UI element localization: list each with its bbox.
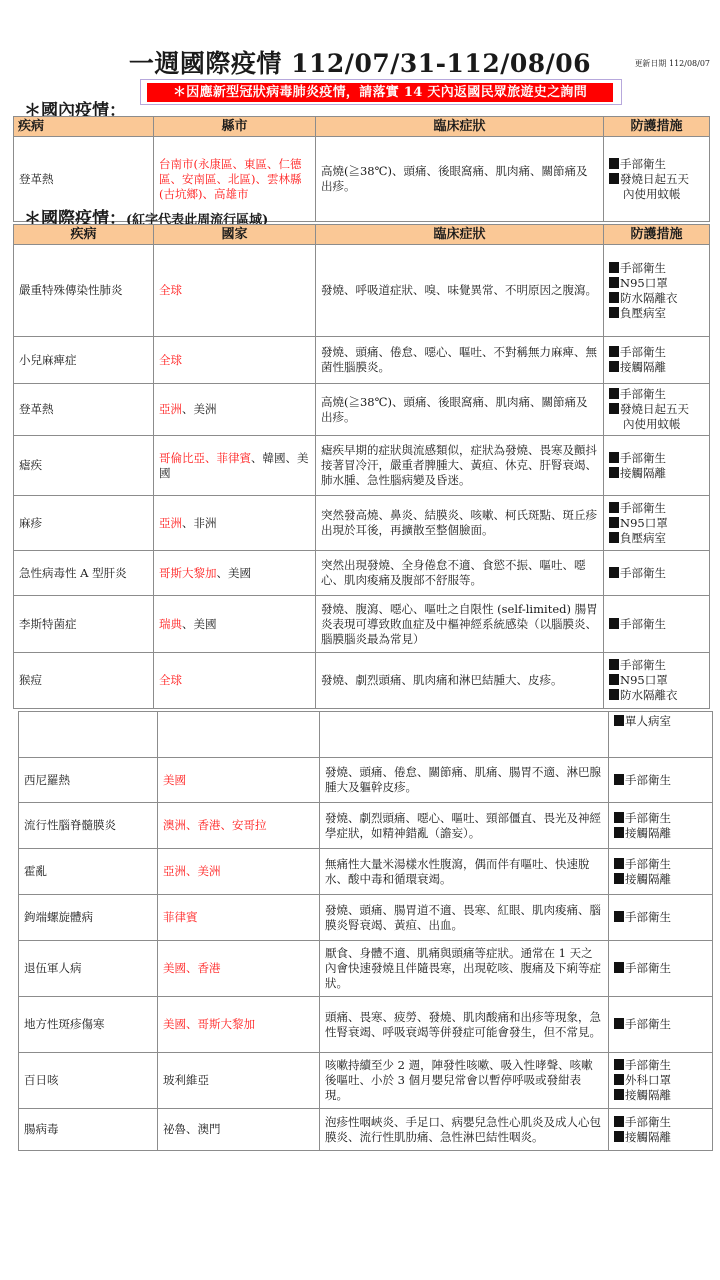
measure-label: 發燒日起五天 <box>620 172 689 186</box>
bullet-square-icon <box>614 774 624 785</box>
measure-label: 手部衛生 <box>625 961 671 975</box>
symptoms-cell: 發燒、劇烈頭痛、肌肉痛和淋巴結腫大、皮疹。 <box>316 653 604 709</box>
disease-cell: 地方性斑疹傷寒 <box>19 997 158 1053</box>
table-row: 霍亂亞洲、美洲無痛性大量米湯樣水性腹瀉，偶而伴有嘔吐、快速脫水、酸中毒和循環衰竭… <box>19 849 713 895</box>
symptoms-cell: 高燒(≧38℃)、頭痛、後眼窩痛、肌肉痛、關節痛及出疹。 <box>316 137 604 222</box>
measure-label: 外科口罩 <box>625 1073 671 1087</box>
measure-label: 接觸隔離 <box>625 1088 671 1102</box>
region-highlighted: 美國、哥斯大黎加 <box>163 1017 255 1031</box>
bullet-square-icon <box>609 307 619 318</box>
header-region: 縣市 <box>154 117 316 137</box>
symptoms-cell: 咳嗽持續至少 2 週，陣發性咳嗽、吸入性哮聲、咳嗽後嘔吐、小於 3 個月嬰兒常會… <box>320 1053 609 1109</box>
update-date: 更新日期 112/08/07 <box>634 58 710 69</box>
header-measures: 防護措施 <box>604 117 710 137</box>
table-row: 鉤端螺旋體病菲律賓發燒、頭痛、腸胃道不適、畏寒、紅眼、肌肉痠痛、腦膜炎腎衰竭、黃… <box>19 895 713 941</box>
measure-label: 防水隔離衣 <box>620 688 678 702</box>
measure-label: 手部衛生 <box>620 501 666 515</box>
measure-item: 內使用蚊帳 <box>609 187 704 202</box>
disease-cell: 霍亂 <box>19 849 158 895</box>
region-highlighted: 哥斯大黎加 <box>159 566 217 580</box>
measure-item: 手部衛生 <box>614 773 707 788</box>
measure-label: 手部衛生 <box>625 1115 671 1129</box>
table-header-row: 疾病 國家 臨床症狀 防護措施 <box>14 225 710 245</box>
bullet-square-icon <box>609 361 619 372</box>
bullet-square-icon <box>609 674 619 685</box>
disease-cell: 流行性腦脊髓膜炎 <box>19 803 158 849</box>
symptoms-cell: 厭食、身體不適、肌痛與頭痛等症狀。通常在 1 天之內會快速發燒且伴隨畏寒，出現乾… <box>320 941 609 997</box>
table-row: 李斯特菌症瑞典、美國發燒、腹瀉、噁心、嘔吐之自限性 (self-limited)… <box>14 596 710 653</box>
region-cell: 美國、哥斯大黎加 <box>158 997 320 1053</box>
table-row: 流行性腦脊髓膜炎澳洲、香港、安哥拉發燒、劇烈頭痛、噁心、嘔吐、頸部僵直、畏光及神… <box>19 803 713 849</box>
bullet-square-icon <box>609 532 619 543</box>
measure-item: 發燒日起五天 <box>609 172 704 187</box>
measure-item: 手部衛生 <box>614 857 707 872</box>
symptoms-cell: 無痛性大量米湯樣水性腹瀉，偶而伴有嘔吐、快速脫水、酸中毒和循環衰竭。 <box>320 849 609 895</box>
measure-item: N95口罩 <box>609 673 704 688</box>
symptoms-cell: 發燒、腹瀉、噁心、嘔吐之自限性 (self-limited) 腸胃炎表現可導致敗… <box>316 596 604 653</box>
measures-cell: 單人病室 <box>609 712 713 758</box>
table-row: 瘧疾哥倫比亞、菲律賓、韓國、美國瘧疾早期的症狀與流感類似，症狀為發燒、畏寒及顫抖… <box>14 436 710 496</box>
bullet-square-icon <box>609 567 619 578</box>
bullet-square-icon <box>614 1131 624 1142</box>
table-row: 西尼羅熱美國發燒、頭痛、倦怠、關節痛、肌痛、腸胃不適、淋巴腺腫大及軀幹皮疹。手部… <box>19 758 713 803</box>
measure-item: 手部衛生 <box>614 1058 707 1073</box>
measure-label: 手部衛生 <box>620 658 666 672</box>
bullet-square-icon <box>614 858 624 869</box>
bullet-square-icon <box>614 911 624 922</box>
bullet-square-icon <box>609 403 619 414</box>
measure-item: 單人病室 <box>614 714 707 729</box>
measure-label: 接觸隔離 <box>620 466 666 480</box>
disease-cell: 猴痘 <box>14 653 154 709</box>
measure-label: 手部衛生 <box>620 617 666 631</box>
measure-item: 手部衛生 <box>609 157 704 172</box>
bullet-square-icon <box>609 158 619 169</box>
measure-item: 負壓病室 <box>609 531 704 546</box>
measure-label: 手部衛生 <box>625 910 671 924</box>
measures-cell: 手部衛生發燒日起五天內使用蚊帳 <box>604 384 710 436</box>
measure-label: 手部衛生 <box>625 857 671 871</box>
measure-label: 負壓病室 <box>620 531 666 545</box>
table-row: 百日咳玻利維亞咳嗽持續至少 2 週，陣發性咳嗽、吸入性哮聲、咳嗽後嘔吐、小於 3… <box>19 1053 713 1109</box>
measure-label: 手部衛生 <box>620 157 666 171</box>
table-row: 麻疹亞洲、非洲突然發高燒、鼻炎、結膜炎、咳嗽、柯氏斑點、斑丘疹出現於耳後，再擴散… <box>14 496 710 551</box>
disease-cell: 急性病毒性 A 型肝炎 <box>14 551 154 596</box>
region-cell: 澳洲、香港、安哥拉 <box>158 803 320 849</box>
measure-label: 接觸隔離 <box>625 872 671 886</box>
measure-label: 接觸隔離 <box>625 1130 671 1144</box>
measures-cell: 手部衛生N95口罩防水隔離衣 <box>604 653 710 709</box>
region-cell: 瑞典、美國 <box>154 596 316 653</box>
measures-cell: 手部衛生N95口罩防水隔離衣負壓病室 <box>604 245 710 337</box>
bullet-square-icon <box>609 292 619 303</box>
measure-label: 手部衛生 <box>620 387 666 401</box>
measure-label: 手部衛生 <box>625 1017 671 1031</box>
measure-item: 手部衛生 <box>609 501 704 516</box>
measure-item: 外科口罩 <box>614 1073 707 1088</box>
header-country: 國家 <box>154 225 316 245</box>
bullet-square-icon <box>614 1059 624 1070</box>
measure-item: 接觸隔離 <box>614 1088 707 1103</box>
measures-cell: 手部衛生 <box>609 997 713 1053</box>
measures-cell: 手部衛生 <box>604 551 710 596</box>
measure-item: 防水隔離衣 <box>609 688 704 703</box>
bullet-square-icon <box>614 1089 624 1100</box>
measure-label: 手部衛生 <box>625 811 671 825</box>
disease-cell: 麻疹 <box>14 496 154 551</box>
header-disease: 疾病 <box>14 225 154 245</box>
bullet-square-icon <box>609 618 619 629</box>
measure-item: 手部衛生 <box>614 910 707 925</box>
measure-item: N95口罩 <box>609 276 704 291</box>
disease-cell <box>19 712 158 758</box>
table-row: 地方性斑疹傷寒美國、哥斯大黎加頭痛、畏寒、疲勞、發燒、肌肉酸痛和出疹等現象，急性… <box>19 997 713 1053</box>
bullet-square-icon <box>614 962 624 973</box>
symptoms-cell: 發燒、呼吸道症狀、嗅、味覺異常、不明原因之腹瀉。 <box>316 245 604 337</box>
region-highlighted: 澳洲、香港、安哥拉 <box>163 818 267 832</box>
measure-item: 接觸隔離 <box>609 466 704 481</box>
measure-item: 接觸隔離 <box>614 1130 707 1145</box>
bullet-square-icon <box>614 873 624 884</box>
measure-label: 發燒日起五天 <box>620 402 689 416</box>
measure-item: 手部衛生 <box>609 658 704 673</box>
measure-label: 負壓病室 <box>620 306 666 320</box>
measure-item: 接觸隔離 <box>614 826 707 841</box>
region-highlighted: 亞洲 <box>159 516 182 530</box>
disease-cell: 李斯特菌症 <box>14 596 154 653</box>
region-cell: 亞洲、非洲 <box>154 496 316 551</box>
measure-item: 手部衛生 <box>609 261 704 276</box>
symptoms-cell <box>320 712 609 758</box>
disease-cell: 退伍軍人病 <box>19 941 158 997</box>
measures-cell: 手部衛生 <box>609 895 713 941</box>
table-header-row: 疾病 縣市 臨床症狀 防護措施 <box>14 117 710 137</box>
measure-item: 手部衛生 <box>609 566 704 581</box>
bullet-square-icon <box>614 715 624 726</box>
measure-item: 防水隔離衣 <box>609 291 704 306</box>
measure-label: 接觸隔離 <box>620 360 666 374</box>
measure-item: 手部衛生 <box>614 961 707 976</box>
measure-label: 手部衛生 <box>625 1058 671 1072</box>
measure-item: 手部衛生 <box>609 345 704 360</box>
measure-label: N95口罩 <box>620 516 668 530</box>
region-normal: 、美洲 <box>182 402 217 416</box>
disease-cell: 鉤端螺旋體病 <box>19 895 158 941</box>
bullet-square-icon <box>614 827 624 838</box>
region-highlighted: 美國、香港 <box>163 961 221 975</box>
measures-cell: 手部衛生接觸隔離 <box>609 849 713 895</box>
bullet-square-icon <box>609 452 619 463</box>
symptoms-cell: 發燒、頭痛、腸胃道不適、畏寒、紅眼、肌肉痠痛、腦膜炎腎衰竭、黃疸、出血。 <box>320 895 609 941</box>
region-cell: 玻利維亞 <box>158 1053 320 1109</box>
measures-cell: 手部衛生接觸隔離 <box>609 803 713 849</box>
disease-cell: 小兒麻痺症 <box>14 337 154 384</box>
measure-label: 手部衛生 <box>620 345 666 359</box>
measure-label: 內使用蚊帳 <box>623 417 681 431</box>
measure-label: 單人病室 <box>625 714 671 728</box>
region-normal: 玻利維亞 <box>163 1073 209 1087</box>
measure-item: 發燒日起五天 <box>609 402 704 417</box>
region-normal: 、美國 <box>217 566 252 580</box>
measures-cell: 手部衛生N95口罩負壓病室 <box>604 496 710 551</box>
measure-label: 防水隔離衣 <box>620 291 678 305</box>
region-normal: 、美國 <box>182 617 217 631</box>
measure-item: N95口罩 <box>609 516 704 531</box>
measure-label: 手部衛生 <box>620 451 666 465</box>
region-cell: 菲律賓 <box>158 895 320 941</box>
region-highlighted: 哥倫比亞、菲律賓 <box>159 451 251 465</box>
symptoms-cell: 突然發高燒、鼻炎、結膜炎、咳嗽、柯氏斑點、斑丘疹出現於耳後，再擴散至整個臉面。 <box>316 496 604 551</box>
measure-label: 手部衛生 <box>620 261 666 275</box>
bullet-square-icon <box>609 388 619 399</box>
page-title: 一週國際疫情 112/07/31-112/08/06 <box>0 44 720 80</box>
region-cell: 美國 <box>158 758 320 803</box>
header-symptoms: 臨床症狀 <box>316 117 604 137</box>
region-highlighted: 亞洲 <box>159 402 182 416</box>
bullet-square-icon <box>609 346 619 357</box>
region-cell: 哥倫比亞、菲律賓、韓國、美國 <box>154 436 316 496</box>
region-normal: 祕魯、澳門 <box>163 1122 221 1136</box>
symptoms-cell: 發燒、頭痛、倦怠、關節痛、肌痛、腸胃不適、淋巴腺腫大及軀幹皮疹。 <box>320 758 609 803</box>
international-table: 疾病 國家 臨床症狀 防護措施 嚴重特殊傳染性肺炎全球發燒、呼吸道症狀、嗅、味覺… <box>13 224 710 709</box>
bullet-square-icon <box>614 1116 624 1127</box>
bullet-square-icon <box>609 277 619 288</box>
region-cell: 亞洲、美洲 <box>158 849 320 895</box>
alert-banner: ＊因應新型冠狀病毒肺炎疫情，請落實 14 天內返國民眾旅遊史之詢問 <box>147 83 613 102</box>
region-highlighted: 台南市(永康區、東區、仁德區、安南區、北區)、雲林縣(古坑鄉)、高雄市 <box>159 157 302 201</box>
measure-item: 手部衛生 <box>609 387 704 402</box>
measure-label: 接觸隔離 <box>625 826 671 840</box>
disease-cell: 瘧疾 <box>14 436 154 496</box>
bullet-square-icon <box>609 659 619 670</box>
region-highlighted: 瑞典 <box>159 617 182 631</box>
bullet-square-icon <box>609 467 619 478</box>
measures-cell: 手部衛生 <box>604 596 710 653</box>
region-cell: 美國、香港 <box>158 941 320 997</box>
measures-cell: 手部衛生接觸隔離 <box>604 337 710 384</box>
bullet-square-icon <box>609 689 619 700</box>
measures-cell: 手部衛生接觸隔離 <box>604 436 710 496</box>
region-highlighted: 美國 <box>163 773 186 787</box>
table-row: 急性病毒性 A 型肝炎哥斯大黎加、美國突然出現發燒、全身倦怠不適、食慾不振、嘔吐… <box>14 551 710 596</box>
measure-item: 手部衛生 <box>609 451 704 466</box>
measure-label: 手部衛生 <box>620 566 666 580</box>
measure-item: 負壓病室 <box>609 306 704 321</box>
bullet-square-icon <box>609 517 619 528</box>
symptoms-cell: 瘧疾早期的症狀與流感類似，症狀為發燒、畏寒及顫抖接著冒冷汗，嚴重者脾腫大、黃疸、… <box>316 436 604 496</box>
region-cell <box>158 712 320 758</box>
measure-item: 手部衛生 <box>609 617 704 632</box>
measure-label: N95口罩 <box>620 276 668 290</box>
header-symptoms: 臨床症狀 <box>316 225 604 245</box>
measures-cell: 手部衛生接觸隔離 <box>609 1109 713 1151</box>
region-highlighted: 全球 <box>159 673 182 687</box>
measures-cell: 手部衛生外科口罩接觸隔離 <box>609 1053 713 1109</box>
table-row: 嚴重特殊傳染性肺炎全球發燒、呼吸道症狀、嗅、味覺異常、不明原因之腹瀉。手部衛生N… <box>14 245 710 337</box>
bullet-square-icon <box>609 173 619 184</box>
international-table-continued: 單人病室西尼羅熱美國發燒、頭痛、倦怠、關節痛、肌痛、腸胃不適、淋巴腺腫大及軀幹皮… <box>18 711 713 1151</box>
disease-cell: 登革熱 <box>14 384 154 436</box>
disease-cell: 百日咳 <box>19 1053 158 1109</box>
region-cell: 全球 <box>154 653 316 709</box>
table-row: 猴痘全球發燒、劇烈頭痛、肌肉痛和淋巴結腫大、皮疹。手部衛生N95口罩防水隔離衣 <box>14 653 710 709</box>
symptoms-cell: 發燒、劇烈頭痛、噁心、嘔吐、頸部僵直、畏光及神經學症狀，如精神錯亂（譫妄）。 <box>320 803 609 849</box>
bullet-square-icon <box>609 502 619 513</box>
bullet-square-icon <box>614 1074 624 1085</box>
region-cell: 祕魯、澳門 <box>158 1109 320 1151</box>
measures-cell: 手部衛生 <box>609 758 713 803</box>
region-highlighted: 全球 <box>159 283 182 297</box>
region-cell: 哥斯大黎加、美國 <box>154 551 316 596</box>
measure-item: 內使用蚊帳 <box>609 417 704 432</box>
table-row: 單人病室 <box>19 712 713 758</box>
symptoms-cell: 泡疹性咽峽炎、手足口、病嬰兒急性心肌炎及成人心包膜炎、流行性肌肋痛、急性淋巴結性… <box>320 1109 609 1151</box>
disease-cell: 嚴重特殊傳染性肺炎 <box>14 245 154 337</box>
symptoms-cell: 頭痛、畏寒、疲勞、發燒、肌肉酸痛和出疹等現象，急性腎衰竭、呼吸衰竭等併發症可能會… <box>320 997 609 1053</box>
disease-cell: 腸病毒 <box>19 1109 158 1151</box>
table-row: 小兒麻痺症全球發燒、頭痛、倦怠、噁心、嘔吐、不對稱無力麻痺、無菌性腦膜炎。手部衛… <box>14 337 710 384</box>
table-row: 退伍軍人病美國、香港厭食、身體不適、肌痛與頭痛等症狀。通常在 1 天之內會快速發… <box>19 941 713 997</box>
symptoms-cell: 發燒、頭痛、倦怠、噁心、嘔吐、不對稱無力麻痺、無菌性腦膜炎。 <box>316 337 604 384</box>
table-row: 腸病毒祕魯、澳門泡疹性咽峽炎、手足口、病嬰兒急性心肌炎及成人心包膜炎、流行性肌肋… <box>19 1109 713 1151</box>
measure-item: 接觸隔離 <box>609 360 704 375</box>
measure-label: 手部衛生 <box>625 773 671 787</box>
symptoms-cell: 高燒(≧38℃)、頭痛、後眼窩痛、肌肉痛、關節痛及出疹。 <box>316 384 604 436</box>
region-cell: 亞洲、美洲 <box>154 384 316 436</box>
measures-cell: 手部衛生發燒日起五天內使用蚊帳 <box>604 137 710 222</box>
disease-cell: 西尼羅熱 <box>19 758 158 803</box>
region-cell: 全球 <box>154 337 316 384</box>
symptoms-cell: 突然出現發燒、全身倦怠不適、食慾不振、嘔吐、噁心、肌肉痠痛及腹部不舒服等。 <box>316 551 604 596</box>
table-row: 登革熱亞洲、美洲高燒(≧38℃)、頭痛、後眼窩痛、肌肉痛、關節痛及出疹。手部衛生… <box>14 384 710 436</box>
measure-item: 手部衛生 <box>614 1115 707 1130</box>
header-measures: 防護措施 <box>604 225 710 245</box>
region-highlighted: 亞洲、美洲 <box>163 864 221 878</box>
region-highlighted: 菲律賓 <box>163 910 198 924</box>
region-cell: 全球 <box>154 245 316 337</box>
measure-label: N95口罩 <box>620 673 668 687</box>
measure-item: 手部衛生 <box>614 811 707 826</box>
region-highlighted: 全球 <box>159 353 182 367</box>
header-disease: 疾病 <box>14 117 154 137</box>
bullet-square-icon <box>614 812 624 823</box>
region-normal: 、非洲 <box>182 516 217 530</box>
measures-cell: 手部衛生 <box>609 941 713 997</box>
bullet-square-icon <box>614 1018 624 1029</box>
bullet-square-icon <box>609 262 619 273</box>
measure-label: 內使用蚊帳 <box>623 187 681 201</box>
measure-item: 接觸隔離 <box>614 872 707 887</box>
measure-item: 手部衛生 <box>614 1017 707 1032</box>
